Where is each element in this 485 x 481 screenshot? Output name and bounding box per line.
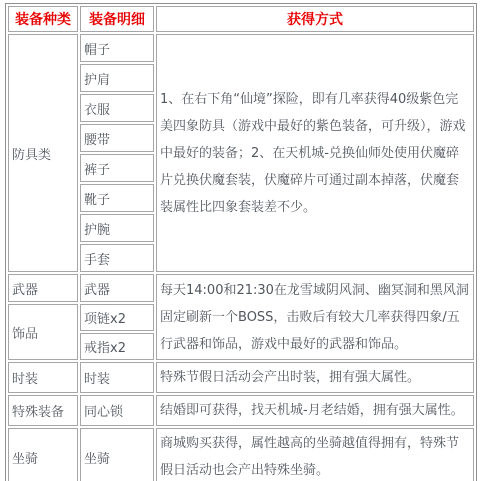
category-cell-fashion: 时装 — [8, 362, 78, 393]
detail-cell-fashion: 时装 — [80, 362, 154, 393]
category-cell-jewelry: 饰品 — [8, 304, 78, 360]
detail-cell-bracers: 护腕 — [80, 214, 154, 242]
table-row: 防具类 帽子 1、在右下角“仙境”探险，即有几率获得40级紫色完美四象防具（游戏… — [8, 34, 474, 62]
detail-cell-concentric-lock: 同心锁 — [80, 395, 154, 426]
detail-cell-necklace: 项链x2 — [80, 304, 154, 331]
column-header-equipment-detail: 装备明细 — [80, 6, 154, 32]
detail-cell-pants: 裤子 — [80, 154, 154, 182]
detail-cell-clothes: 衣服 — [80, 94, 154, 122]
category-cell-mount: 坐骑 — [8, 428, 78, 481]
method-cell-fashion: 特殊节假日活动会产出时装，拥有强大属性。 — [156, 362, 474, 393]
detail-cell-belt: 腰带 — [80, 124, 154, 152]
page: 装备种类 装备明细 获得方式 防具类 帽子 1、在右下角“仙境”探险，即有几率获… — [0, 0, 485, 481]
table-row: 特殊装备 同心锁 结婚即可获得，找天机城-月老结婚，拥有强大属性。 — [8, 395, 474, 426]
column-header-equipment-type: 装备种类 — [8, 6, 78, 32]
detail-cell-gloves: 手套 — [80, 244, 154, 272]
detail-cell-mount: 坐骑 — [80, 428, 154, 481]
method-cell-weapon-jewelry: 每天14:00和21:30在龙雪域阴风洞、幽冥洞和黑风洞固定刷新一个BOSS，击… — [156, 274, 474, 360]
equipment-table: 装备种类 装备明细 获得方式 防具类 帽子 1、在右下角“仙境”探险，即有几率获… — [5, 3, 477, 481]
category-cell-armor: 防具类 — [8, 34, 78, 272]
column-header-obtain-method: 获得方式 — [156, 6, 474, 32]
header-row: 装备种类 装备明细 获得方式 — [8, 6, 474, 32]
detail-cell-weapon: 武器 — [80, 274, 154, 302]
method-cell-armor: 1、在右下角“仙境”探险，即有几率获得40级紫色完美四象防具（游戏中最好的紫色装… — [156, 34, 474, 272]
category-cell-weapon: 武器 — [8, 274, 78, 302]
category-cell-special-equipment: 特殊装备 — [8, 395, 78, 426]
table-row: 时装 时装 特殊节假日活动会产出时装，拥有强大属性。 — [8, 362, 474, 393]
method-cell-mount: 商城购买获得，属性越高的坐骑越值得拥有，特殊节假日活动也会产出特殊坐骑。 — [156, 428, 474, 481]
detail-cell-shoulder: 护肩 — [80, 64, 154, 92]
method-cell-special-equipment: 结婚即可获得，找天机城-月老结婚，拥有强大属性。 — [156, 395, 474, 426]
detail-cell-ring: 戒指x2 — [80, 333, 154, 360]
table-row: 武器 武器 每天14:00和21:30在龙雪域阴风洞、幽冥洞和黑风洞固定刷新一个… — [8, 274, 474, 302]
detail-cell-boots: 靴子 — [80, 184, 154, 212]
table-row: 坐骑 坐骑 商城购买获得，属性越高的坐骑越值得拥有，特殊节假日活动也会产出特殊坐… — [8, 428, 474, 481]
detail-cell-hat: 帽子 — [80, 34, 154, 62]
